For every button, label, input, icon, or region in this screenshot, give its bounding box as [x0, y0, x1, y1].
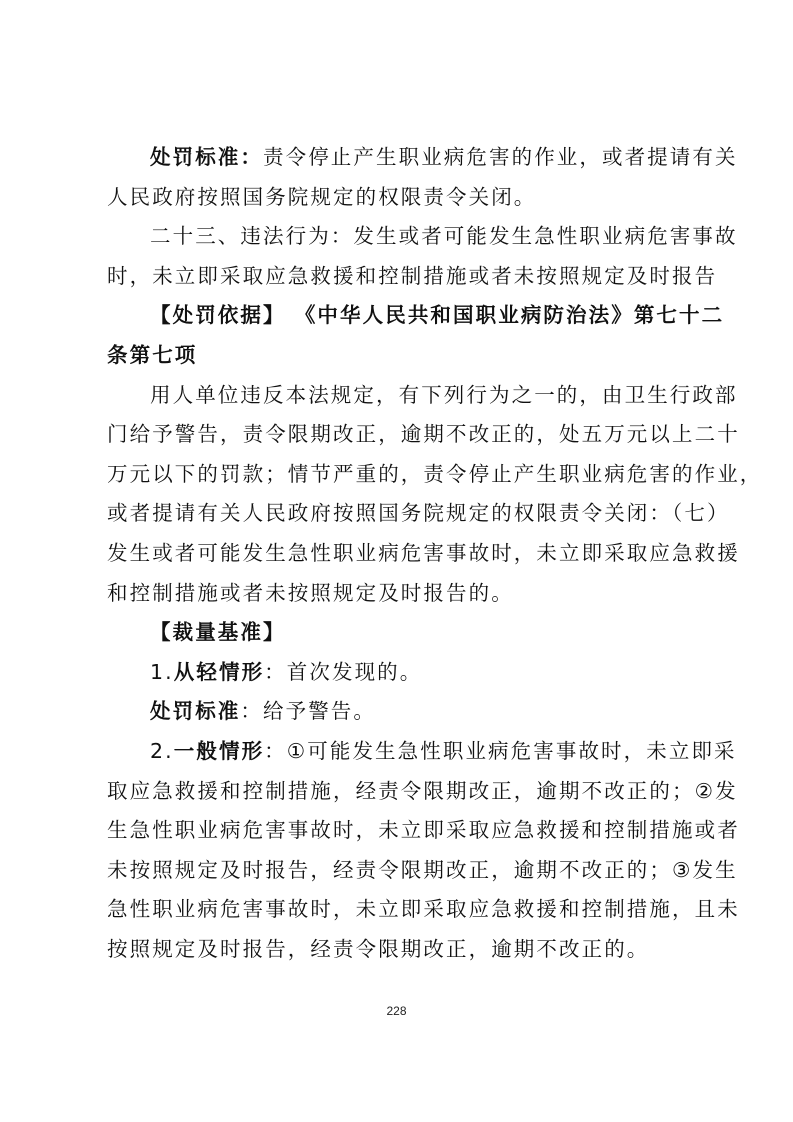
bold-text: 条第七项	[107, 343, 197, 367]
body-text: 人民政府按照国务院规定的权限责令关闭。	[107, 185, 536, 209]
text-line: 2.一般情形：①可能发生急性职业病危害事故时，未立即采	[107, 732, 693, 772]
body-text: 二十三、违法行为：发生或者可能发生急性职业病危害事故	[150, 224, 738, 248]
text-line: 急性职业病危害事故时，未立即采取应急救援和控制措施，且未	[107, 890, 693, 930]
body-text: 生急性职业病危害事故时，未立即采取应急救援和控制措施或者	[107, 818, 740, 842]
body-text: 时，未立即采取应急救援和控制措施或者未按照规定及时报告	[107, 264, 717, 288]
page-number: 228	[0, 1004, 793, 1018]
bold-text: 从轻情形	[174, 660, 264, 684]
paragraph-general-case: 2.一般情形：①可能发生急性职业病危害事故时，未立即采取应急救援和控制措施，经责…	[107, 732, 693, 970]
paragraph-violation-23: 二十三、违法行为：发生或者可能发生急性职业病危害事故时，未立即采取应急救援和控制…	[107, 217, 693, 296]
text-line: 1.从轻情形：首次发现的。	[107, 653, 693, 693]
body-text: 2.	[150, 739, 174, 763]
bold-text: 【处罚依据】 《中华人民共和国职业病防治法》第七十二	[150, 303, 724, 327]
body-text: ：给予警告。	[240, 699, 376, 723]
body-text: 用人单位违反本法规定，有下列行为之一的，由卫生行政部	[150, 383, 738, 407]
body-text: ：首次发现的。	[264, 660, 422, 684]
text-line: 万元以下的罚款；情节严重的，责令停止产生职业病危害的作业，	[107, 455, 693, 495]
paragraph-minor-penalty: 处罚标准：给予警告。	[107, 692, 693, 732]
body-text: 1.	[150, 660, 174, 684]
body-text: 发生或者可能发生急性职业病危害事故时，未立即采取应急救援	[107, 541, 740, 565]
paragraph-discretion-heading: 【裁量基准】	[107, 613, 693, 653]
bold-text: 处罚标准	[150, 699, 240, 723]
body-text: ：①可能发生急性职业病危害事故时，未立即采	[264, 739, 736, 763]
body-text: 未按照规定及时报告，经责令限期改正，逾期不改正的；③发生	[107, 858, 738, 882]
paragraph-penalty-standard-intro: 处罚标准：责令停止产生职业病危害的作业，或者提请有关人民政府按照国务院规定的权限…	[107, 138, 693, 217]
body-text: 按照规定及时报告，经责令限期改正，逾期不改正的。	[107, 937, 649, 961]
text-line: 人民政府按照国务院规定的权限责令关闭。	[107, 178, 693, 218]
text-line: 和控制措施或者未按照规定及时报告的。	[107, 574, 693, 614]
text-line: 处罚标准：责令停止产生职业病危害的作业，或者提请有关	[107, 138, 693, 178]
text-line: 未按照规定及时报告，经责令限期改正，逾期不改正的；③发生	[107, 851, 693, 891]
text-line: 生急性职业病危害事故时，未立即采取应急救援和控制措施或者	[107, 811, 693, 851]
text-line: 条第七项	[107, 336, 693, 376]
text-line: 【裁量基准】	[107, 613, 693, 653]
text-line: 用人单位违反本法规定，有下列行为之一的，由卫生行政部	[107, 376, 693, 416]
bold-text: 【裁量基准】	[150, 620, 286, 644]
bold-text: 处罚标准：	[150, 145, 263, 169]
text-line: 取应急救援和控制措施，经责令限期改正，逾期不改正的；②发	[107, 772, 693, 812]
body-text: 和控制措施或者未按照规定及时报告的。	[107, 581, 514, 605]
bold-text: 一般情形	[174, 739, 264, 763]
paragraph-law-text: 用人单位违反本法规定，有下列行为之一的，由卫生行政部门给予警告，责令限期改正，逾…	[107, 376, 693, 614]
text-line: 二十三、违法行为：发生或者可能发生急性职业病危害事故	[107, 217, 693, 257]
body-text: 万元以下的罚款；情节严重的，责令停止产生职业病危害的作业，	[107, 462, 762, 486]
body-text: 门给予警告，责令限期改正，逾期不改正的，处五万元以上二十	[107, 422, 740, 446]
body-text: 急性职业病危害事故时，未立即采取应急救援和控制措施，且未	[107, 897, 740, 921]
document-body: 处罚标准：责令停止产生职业病危害的作业，或者提请有关人民政府按照国务院规定的权限…	[107, 138, 693, 969]
text-line: 【处罚依据】 《中华人民共和国职业病防治法》第七十二	[107, 296, 693, 336]
paragraph-minor-case: 1.从轻情形：首次发现的。	[107, 653, 693, 693]
body-text: 取应急救援和控制措施，经责令限期改正，逾期不改正的；②发	[107, 779, 738, 803]
text-line: 门给予警告，责令限期改正，逾期不改正的，处五万元以上二十	[107, 415, 693, 455]
text-line: 处罚标准：给予警告。	[107, 692, 693, 732]
text-line: 发生或者可能发生急性职业病危害事故时，未立即采取应急救援	[107, 534, 693, 574]
body-text: 或者提请有关人民政府按照国务院规定的权限责令关闭：（七）	[107, 501, 730, 525]
text-line: 或者提请有关人民政府按照国务院规定的权限责令关闭：（七）	[107, 494, 693, 534]
body-text: 责令停止产生职业病危害的作业，或者提请有关	[263, 145, 738, 169]
text-line: 时，未立即采取应急救援和控制措施或者未按照规定及时报告	[107, 257, 693, 297]
paragraph-penalty-basis: 【处罚依据】 《中华人民共和国职业病防治法》第七十二条第七项	[107, 296, 693, 375]
text-line: 按照规定及时报告，经责令限期改正，逾期不改正的。	[107, 930, 693, 970]
